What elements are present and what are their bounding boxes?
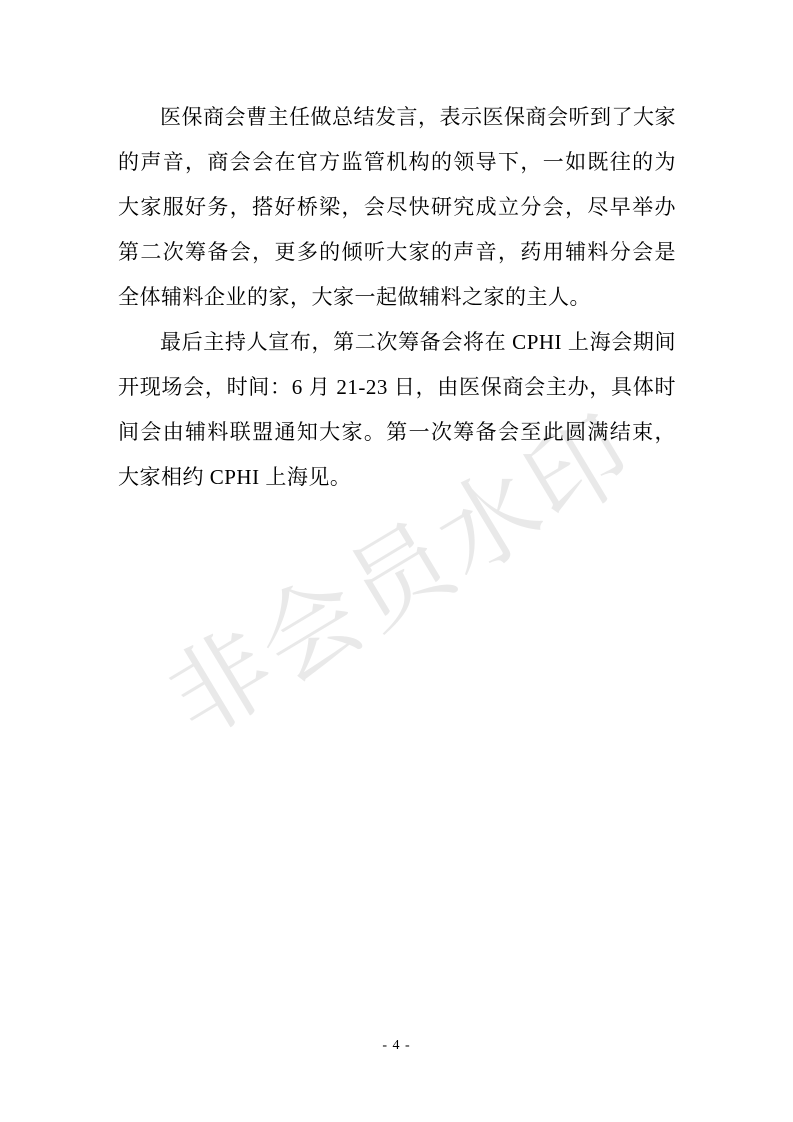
page-footer: - 4 - <box>0 1036 793 1054</box>
paragraph: 医保商会曹主任做总结发言，表示医保商会听到了大家的声音，商会会在官方监管机构的领… <box>118 95 676 320</box>
document-body: 医保商会曹主任做总结发言，表示医保商会听到了大家的声音，商会会在官方监管机构的领… <box>118 95 676 500</box>
page-number: - 4 - <box>382 1038 410 1053</box>
document-page: 非会员水印 医保商会曹主任做总结发言，表示医保商会听到了大家的声音，商会会在官方… <box>0 0 793 1122</box>
paragraph: 最后主持人宣布，第二次筹备会将在 CPHI 上海会期间开现场会，时间：6 月 2… <box>118 320 676 500</box>
